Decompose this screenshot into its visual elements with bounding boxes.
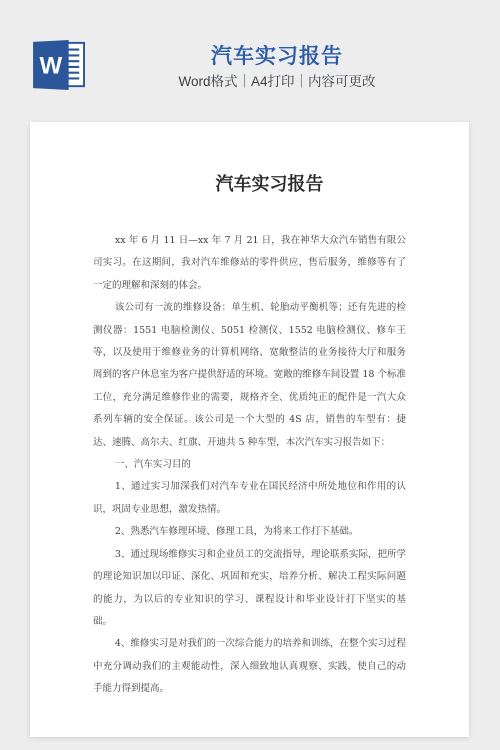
document-preview-page: 汽车实习报告 xx 年 6 月 11 日—xx 年 7 月 21 日，我在神华大… xyxy=(30,122,469,737)
word-logo-icon: W xyxy=(33,40,87,90)
doc-paragraph: xx 年 6 月 11 日—xx 年 7 月 21 日，我在神华大众汽车销售有限… xyxy=(93,230,406,297)
doc-paragraph: 该公司有一流的维修设备：单生机、轮胎动平衡机等；还有先进的检测仪器：1551 电… xyxy=(93,297,406,454)
doc-paragraph: 4、维修实习是对我们的一次综合能力的培养和训练，在整个实习过程中充分调动我们的主… xyxy=(93,633,406,700)
header-text-block: 汽车实习报告 Word格式｜A4打印｜内容可更改 xyxy=(87,40,467,90)
svg-text:W: W xyxy=(40,53,63,80)
page-subtitle: Word格式｜A4打印｜内容可更改 xyxy=(87,74,467,90)
doc-paragraph: 3、通过现场维修实习和企业员工的交流指导，理论联系实际，把所学的理论知识加以印证… xyxy=(93,544,406,634)
template-preview-page: W 汽车实习报告 Word格式｜A4打印｜内容可更改 汽车实习报告 xx 年 6… xyxy=(0,0,500,750)
document-body: xx 年 6 月 11 日—xx 年 7 月 21 日，我在神华大众汽车销售有限… xyxy=(93,230,406,701)
doc-section-heading: 一、汽车实习目的 xyxy=(93,454,406,476)
doc-paragraph: 2、熟悉汽车修理环境、修理工具，为将来工作打下基础。 xyxy=(93,521,406,543)
doc-paragraph: 1、通过实习加深我们对汽车专业在国民经济中所处地位和作用的认识，巩固专业思想，激… xyxy=(93,476,406,521)
document-title: 汽车实习报告 xyxy=(113,172,426,198)
preview-header: W 汽车实习报告 Word格式｜A4打印｜内容可更改 xyxy=(0,0,500,122)
page-title: 汽车实习报告 xyxy=(87,44,467,70)
